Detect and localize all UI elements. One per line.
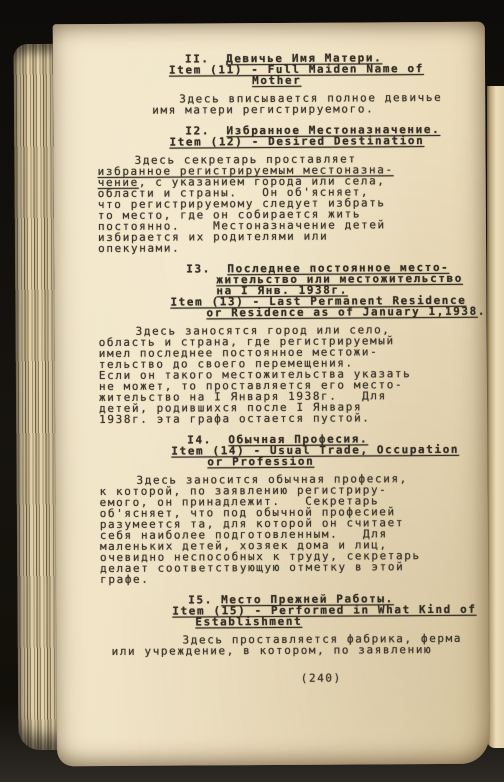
page-number: (240) bbox=[301, 672, 483, 684]
underlined-text-segment: or Residence as of January 1,1938 bbox=[206, 305, 477, 320]
paragraph: Здесь заносится обычная професия,к котор… bbox=[99, 473, 482, 585]
text-segment: 1938г. эта графа остается пустой. bbox=[99, 411, 370, 426]
book-page: II. Девичье Имя Матери.Item (11) - Full … bbox=[53, 22, 490, 767]
document-blocks: II. Девичье Имя Матери.Item (11) - Full … bbox=[97, 52, 483, 657]
section-heading: I5. Место Прежней Работы.Item (15) - Per… bbox=[100, 593, 482, 628]
paragraph: Здесь заносятся город или село,область и… bbox=[99, 324, 482, 425]
photo-background: II. Девичье Имя Матери.Item (11) - Full … bbox=[0, 0, 504, 782]
section-heading: II. Девичье Имя Матери.Item (11) - Full … bbox=[97, 52, 479, 87]
underlined-text-segment: Establishment bbox=[195, 615, 302, 629]
paragraph: Здесь проставляется фабрика, фермаили уч… bbox=[100, 633, 482, 657]
text-line: Item (12) - Desired Destination bbox=[169, 135, 479, 148]
text-segment: или учреждение, в котором, по заявлению bbox=[112, 643, 433, 658]
adjacent-page-sliver bbox=[487, 86, 504, 748]
text-line: Mother bbox=[252, 74, 479, 86]
underlined-text-segment: Mother bbox=[252, 74, 301, 87]
underlined-text-segment: Item (12) - Desired Destination bbox=[169, 134, 424, 149]
text-line: 1938г. эта графа остается пустой. bbox=[99, 412, 481, 425]
text-segment: графе. bbox=[100, 573, 149, 586]
text-segment: имя матери регистрируемого. bbox=[152, 102, 374, 116]
text-segment: . bbox=[478, 305, 486, 318]
text-line: or Residence as of January 1,1938. bbox=[206, 306, 480, 319]
section-heading: I3. Последнее постоянное место-жительств… bbox=[98, 262, 480, 319]
text-line: имя матери регистрируемого. bbox=[152, 103, 479, 116]
text-line: или учреждение, в котором, по заявлению bbox=[112, 644, 483, 657]
section-heading: I2. Избранное Местоназначение.Item (12) … bbox=[97, 124, 479, 148]
paragraph: Здесь секретарь проставляетизбранное рег… bbox=[98, 153, 481, 254]
section-heading: I4. Обычная Професия.Item (14) - Usual T… bbox=[99, 433, 481, 468]
paragraph: Здесь вписывается полное девичьеимя мате… bbox=[97, 92, 479, 116]
text-column: II. Девичье Имя Матери.Item (11) - Full … bbox=[97, 52, 483, 685]
underlined-text-segment: or Profession bbox=[207, 455, 314, 469]
text-segment: опекунами. bbox=[98, 242, 180, 256]
text-line: Establishment bbox=[195, 615, 482, 628]
text-line: or Profession bbox=[207, 455, 481, 468]
